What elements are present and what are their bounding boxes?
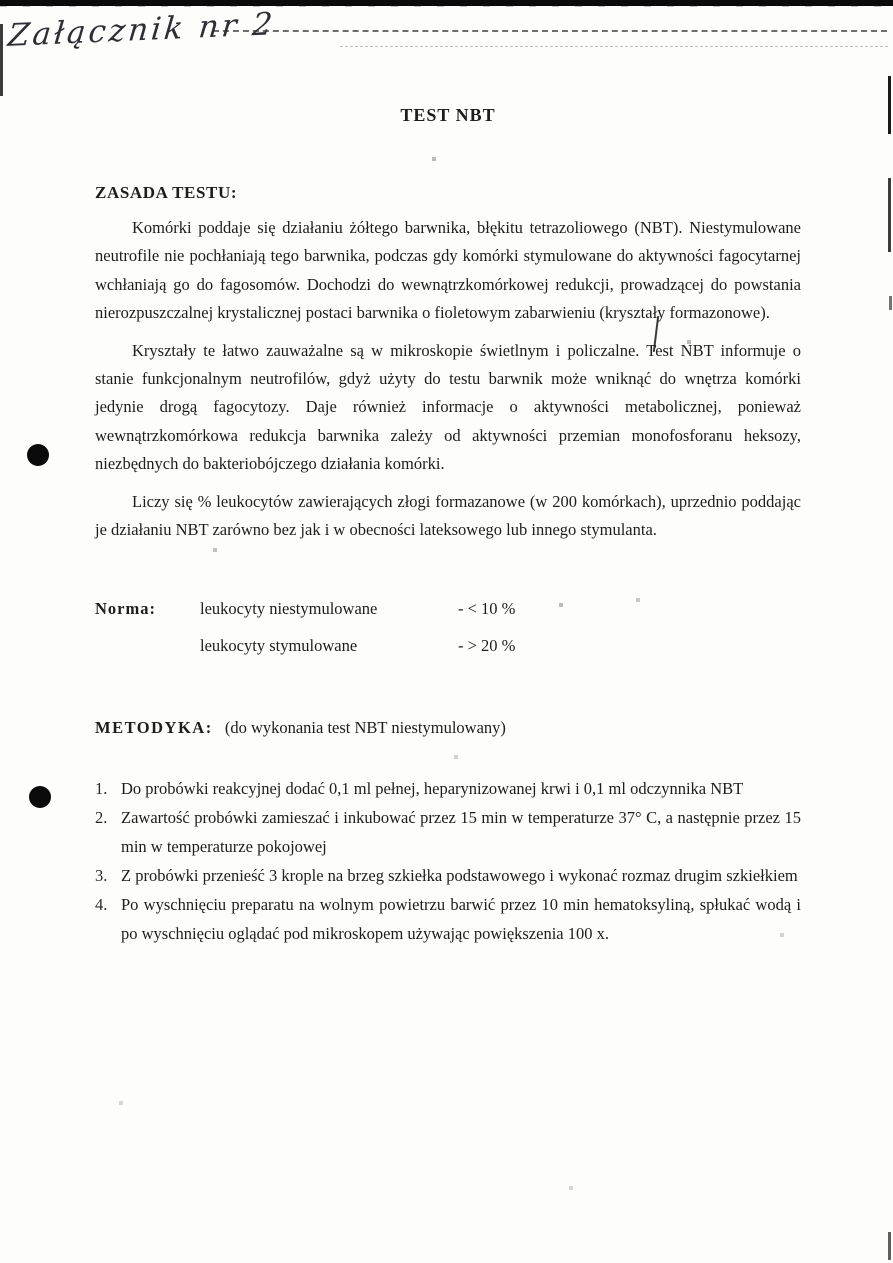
paragraph-zasada-1: Komórki poddaje się działaniu żółtego ba… (95, 214, 801, 328)
step-number: 3. (95, 861, 121, 890)
scanned-page: Załącznik nr 2 TEST NBT ZASADA TESTU: Ko… (0, 0, 893, 1263)
document-body: TEST NBT ZASADA TESTU: Komórki poddaje s… (95, 104, 801, 948)
norma-block: Norma: leukocyty niestymulowane - < 10 %… (95, 590, 801, 664)
metodyka-subtitle: (do wykonania test NBT niestymulowany) (225, 718, 506, 737)
norma-value: - > 20 % (458, 627, 515, 664)
norma-item: leukocyty niestymulowane (200, 590, 458, 627)
step-item: 1. Do probówki reakcyjnej dodać 0,1 ml p… (95, 774, 801, 803)
scan-edge-top (0, 0, 893, 6)
scan-edge-right (889, 296, 892, 310)
norma-row: leukocyty niestymulowane - < 10 % (200, 590, 515, 627)
hole-punch-mark (27, 444, 49, 466)
scan-edge-left (0, 24, 3, 96)
section-heading-metodyka: METODYKA: (95, 718, 213, 737)
section-heading-metodyka-row: METODYKA: (do wykonania test NBT niestym… (95, 716, 801, 740)
scan-dash-line (213, 30, 887, 32)
scan-edge-right (888, 1232, 891, 1260)
section-heading-zasada: ZASADA TESTU: (95, 182, 801, 204)
scan-dash-line (340, 46, 888, 47)
step-text: Zawartość probówki zamieszać i inkubować… (121, 803, 801, 861)
paragraph-zasada-2: Kryształy te łatwo zauważalne są w mikro… (95, 337, 801, 479)
step-number: 4. (95, 890, 121, 948)
step-item: 4. Po wyschnięciu preparatu na wolnym po… (95, 890, 801, 948)
paragraph-zasada-3: Liczy się % leukocytów zawierających zło… (95, 488, 801, 545)
step-item: 2. Zawartość probówki zamieszać i inkubo… (95, 803, 801, 861)
step-text: Po wyschnięciu preparatu na wolnym powie… (121, 890, 801, 948)
norma-value: - < 10 % (458, 590, 515, 627)
scan-noise-specks (0, 0, 2, 2)
step-number: 1. (95, 774, 121, 803)
scan-edge-right (888, 76, 891, 134)
norma-item: leukocyty stymulowane (200, 627, 458, 664)
metodyka-steps: 1. Do probówki reakcyjnej dodać 0,1 ml p… (95, 774, 801, 948)
scan-edge-right (888, 178, 891, 252)
step-text: Z probówki przenieść 3 krople na brzeg s… (121, 861, 801, 890)
norma-rows: leukocyty niestymulowane - < 10 % leukoc… (200, 590, 515, 664)
step-text: Do probówki reakcyjnej dodać 0,1 ml pełn… (121, 774, 801, 803)
norma-label: Norma: (95, 590, 200, 664)
norma-row: leukocyty stymulowane - > 20 % (200, 627, 515, 664)
document-title: TEST NBT (95, 104, 801, 126)
handwritten-note: Załącznik nr 2 (6, 6, 276, 54)
step-item: 3. Z probówki przenieść 3 krople na brze… (95, 861, 801, 890)
step-number: 2. (95, 803, 121, 861)
hole-punch-mark (29, 786, 51, 808)
